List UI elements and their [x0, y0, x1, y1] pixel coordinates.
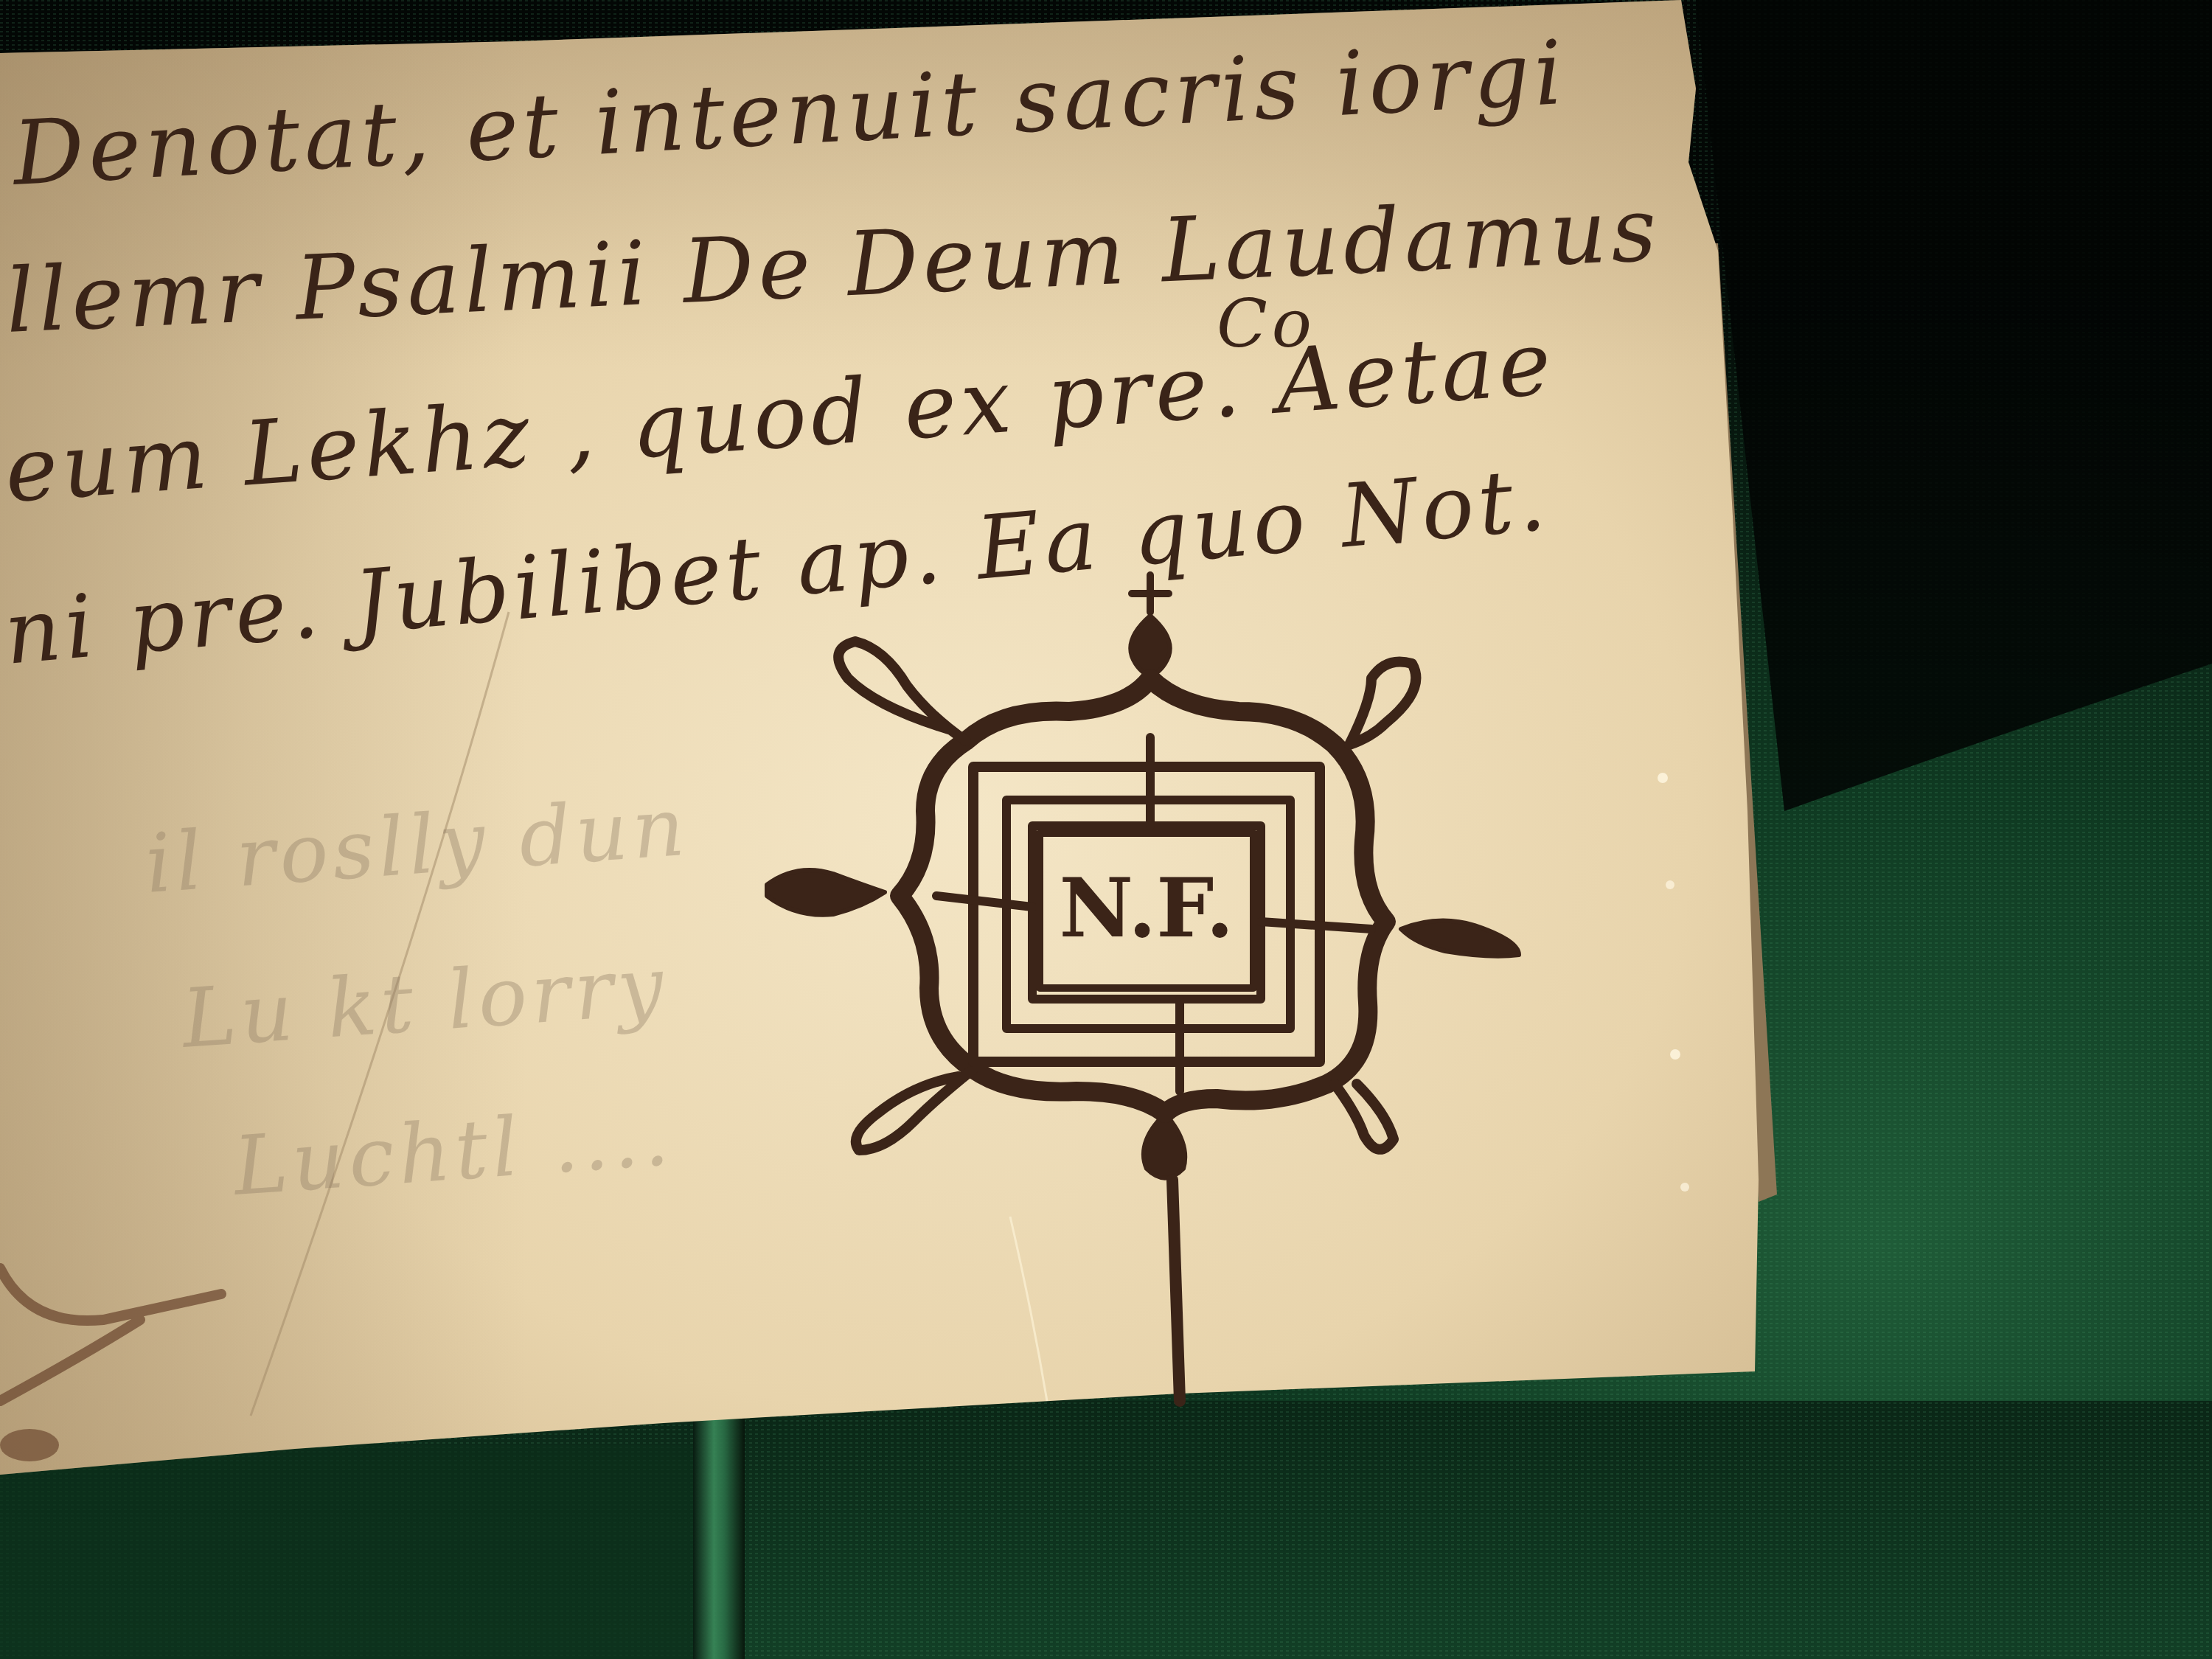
- scene-svg: Denotat, et intenuit sacris iorgi llemr …: [0, 0, 2212, 1659]
- photo-stage: Denotat, et intenuit sacris iorgi llemr …: [0, 0, 2212, 1659]
- signum-monogram: N.F.: [1059, 860, 1234, 956]
